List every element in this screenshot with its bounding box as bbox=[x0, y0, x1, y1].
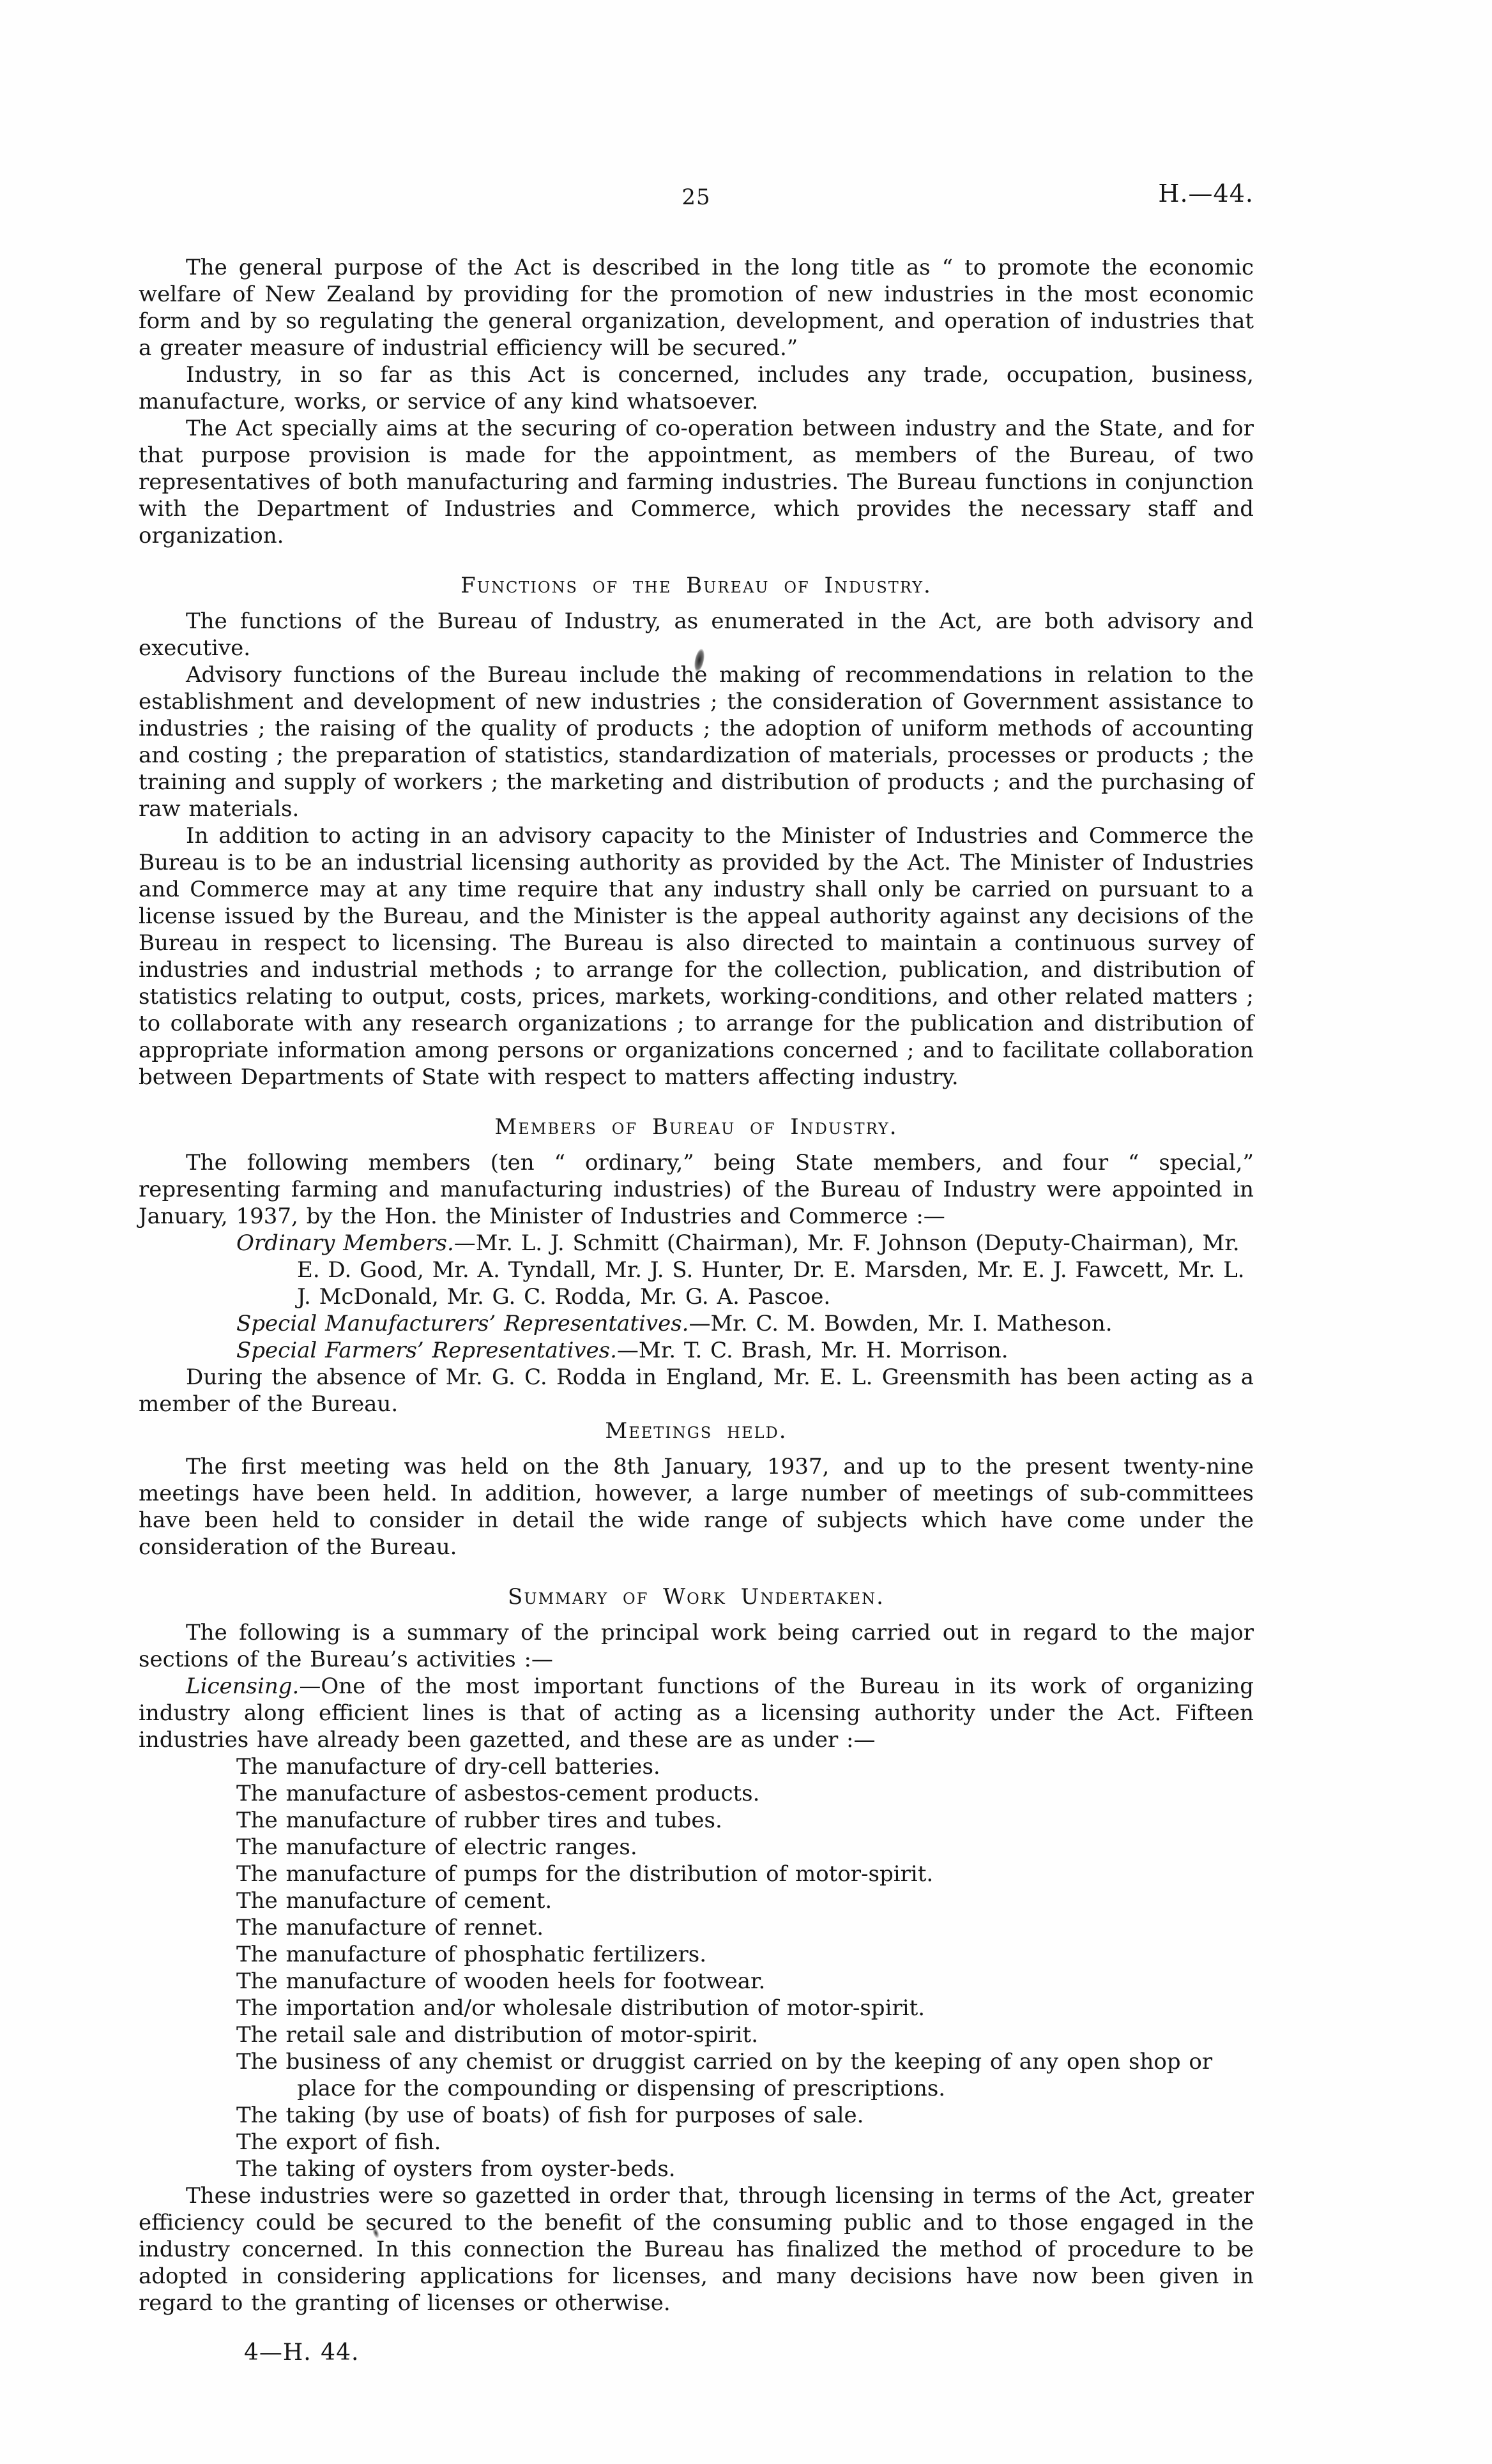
paragraph-members-intro: The following members (ten “ ordinary,” … bbox=[139, 1149, 1254, 1230]
special-farmers-names: —Mr. T. C. Brash, Mr. H. Morrison. bbox=[617, 1338, 1009, 1363]
list-item: The taking of oysters from oyster-beds. bbox=[139, 2156, 1254, 2182]
special-manufacturers-label: Special Manufacturers’ Representatives. bbox=[236, 1311, 689, 1336]
page-number: 25 bbox=[681, 185, 710, 210]
special-manufacturers-names: —Mr. C. M. Bowden, Mr. I. Matheson. bbox=[689, 1311, 1112, 1336]
list-item: The retail sale and distribution of moto… bbox=[139, 2022, 1254, 2048]
heading-meetings: Meetings held. bbox=[139, 1417, 1254, 1444]
list-item: The manufacture of rennet. bbox=[139, 1914, 1254, 1941]
document-code: H.—44. bbox=[1158, 180, 1254, 207]
list-item-special-manufacturers: Special Manufacturers’ Representatives.—… bbox=[139, 1310, 1254, 1337]
list-item-ordinary-members: Ordinary Members.—Mr. L. J. Schmitt (Cha… bbox=[139, 1230, 1254, 1310]
list-item: The taking (by use of boats) of fish for… bbox=[139, 2102, 1254, 2129]
list-item: The manufacture of rubber tires and tube… bbox=[139, 1807, 1254, 1834]
list-item: The manufacture of electric ranges. bbox=[139, 1834, 1254, 1861]
list-item: The manufacture of pumps for the distrib… bbox=[139, 1861, 1254, 1887]
paragraph-licensing-authority: In addition to acting in an advisory cap… bbox=[139, 822, 1254, 1091]
paragraph-meetings: The first meeting was held on the 8th Ja… bbox=[139, 1453, 1254, 1561]
list-item: The manufacture of dry-cell batteries. bbox=[139, 1753, 1254, 1780]
licensing-label: Licensing. bbox=[186, 1674, 299, 1699]
list-item: The manufacture of cement. bbox=[139, 1887, 1254, 1914]
heading-members: Members of Bureau of Industry. bbox=[139, 1114, 1254, 1140]
paragraph-rodda-absence: During the absence of Mr. G. C. Rodda in… bbox=[139, 1364, 1254, 1417]
paragraph-summary-intro: The following is a summary of the princi… bbox=[139, 1619, 1254, 1673]
list-item: The business of any chemist or druggist … bbox=[139, 2048, 1254, 2102]
footer-signature: 4—H. 44. bbox=[139, 2339, 1254, 2366]
gazetted-industries-list: The manufacture of dry-cell batteries. T… bbox=[139, 1753, 1254, 2182]
paragraph-general-purpose: The general purpose of the Act is descri… bbox=[139, 254, 1254, 361]
paragraph-gazetted-closing: These industries were so gazetted in ord… bbox=[139, 2182, 1254, 2317]
paragraph-industry-definition: Industry, in so far as this Act is conce… bbox=[139, 361, 1254, 415]
list-item: The manufacture of asbestos-cement produ… bbox=[139, 1780, 1254, 1807]
ordinary-members-label: Ordinary Members. bbox=[236, 1230, 454, 1256]
list-item-special-farmers: Special Farmers’ Representatives.—Mr. T.… bbox=[139, 1337, 1254, 1364]
page-content: 25 H.—44. The general purpose of the Act… bbox=[139, 184, 1254, 2366]
list-item: The manufacture of wooden heels for foot… bbox=[139, 1968, 1254, 1995]
list-item: The importation and/or wholesale distrib… bbox=[139, 1995, 1254, 2022]
paragraph-advisory-functions: Advisory functions of the Bureau include… bbox=[139, 661, 1254, 822]
heading-summary: Summary of Work Undertaken. bbox=[139, 1583, 1254, 1610]
list-item: The manufacture of phosphatic fertilizer… bbox=[139, 1941, 1254, 1968]
paragraph-licensing: Licensing.—One of the most important fun… bbox=[139, 1673, 1254, 1753]
members-list: Ordinary Members.—Mr. L. J. Schmitt (Cha… bbox=[139, 1230, 1254, 1364]
paragraph-act-aims: The Act specially aims at the securing o… bbox=[139, 415, 1254, 549]
document-page: 25 H.—44. The general purpose of the Act… bbox=[0, 0, 1492, 2464]
list-item: The export of fish. bbox=[139, 2129, 1254, 2156]
special-farmers-label: Special Farmers’ Representatives. bbox=[236, 1338, 617, 1363]
licensing-text: —One of the most important functions of … bbox=[139, 1674, 1254, 1753]
heading-functions: Functions of the Bureau of Industry. bbox=[139, 572, 1254, 599]
page-header: 25 H.—44. bbox=[139, 184, 1254, 213]
